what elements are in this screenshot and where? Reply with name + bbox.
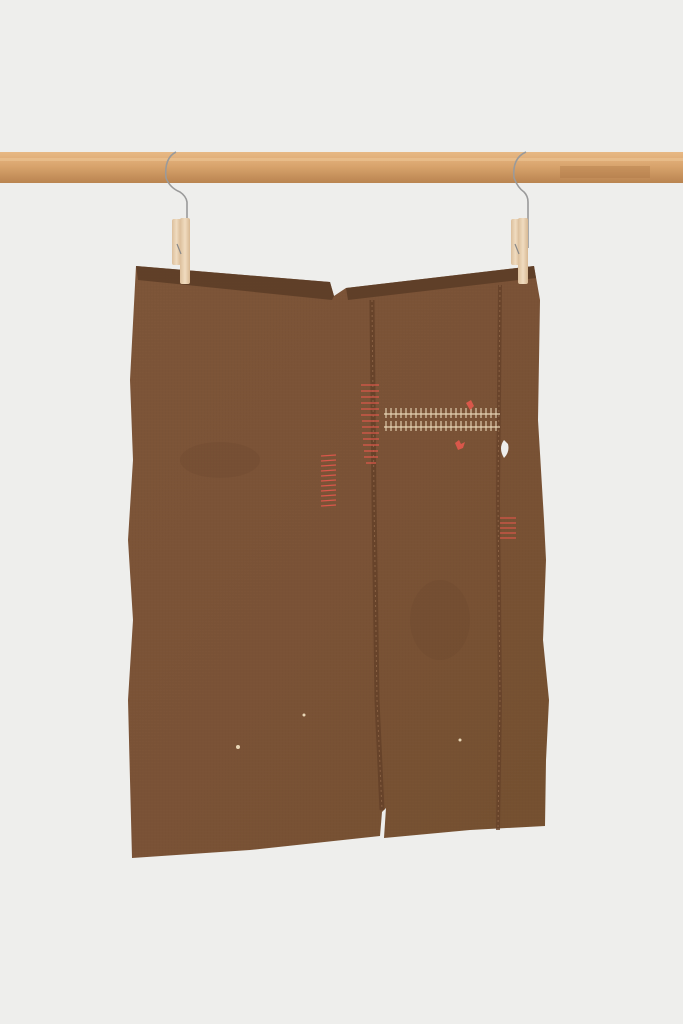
textile: [128, 266, 549, 858]
clothespin-right: [180, 218, 190, 284]
clothespin-right: [518, 218, 528, 284]
wooden-rod: [0, 152, 683, 183]
clothespin-left: [172, 219, 181, 265]
textile-photo: [0, 0, 683, 1024]
photo-scene: [0, 0, 683, 1024]
